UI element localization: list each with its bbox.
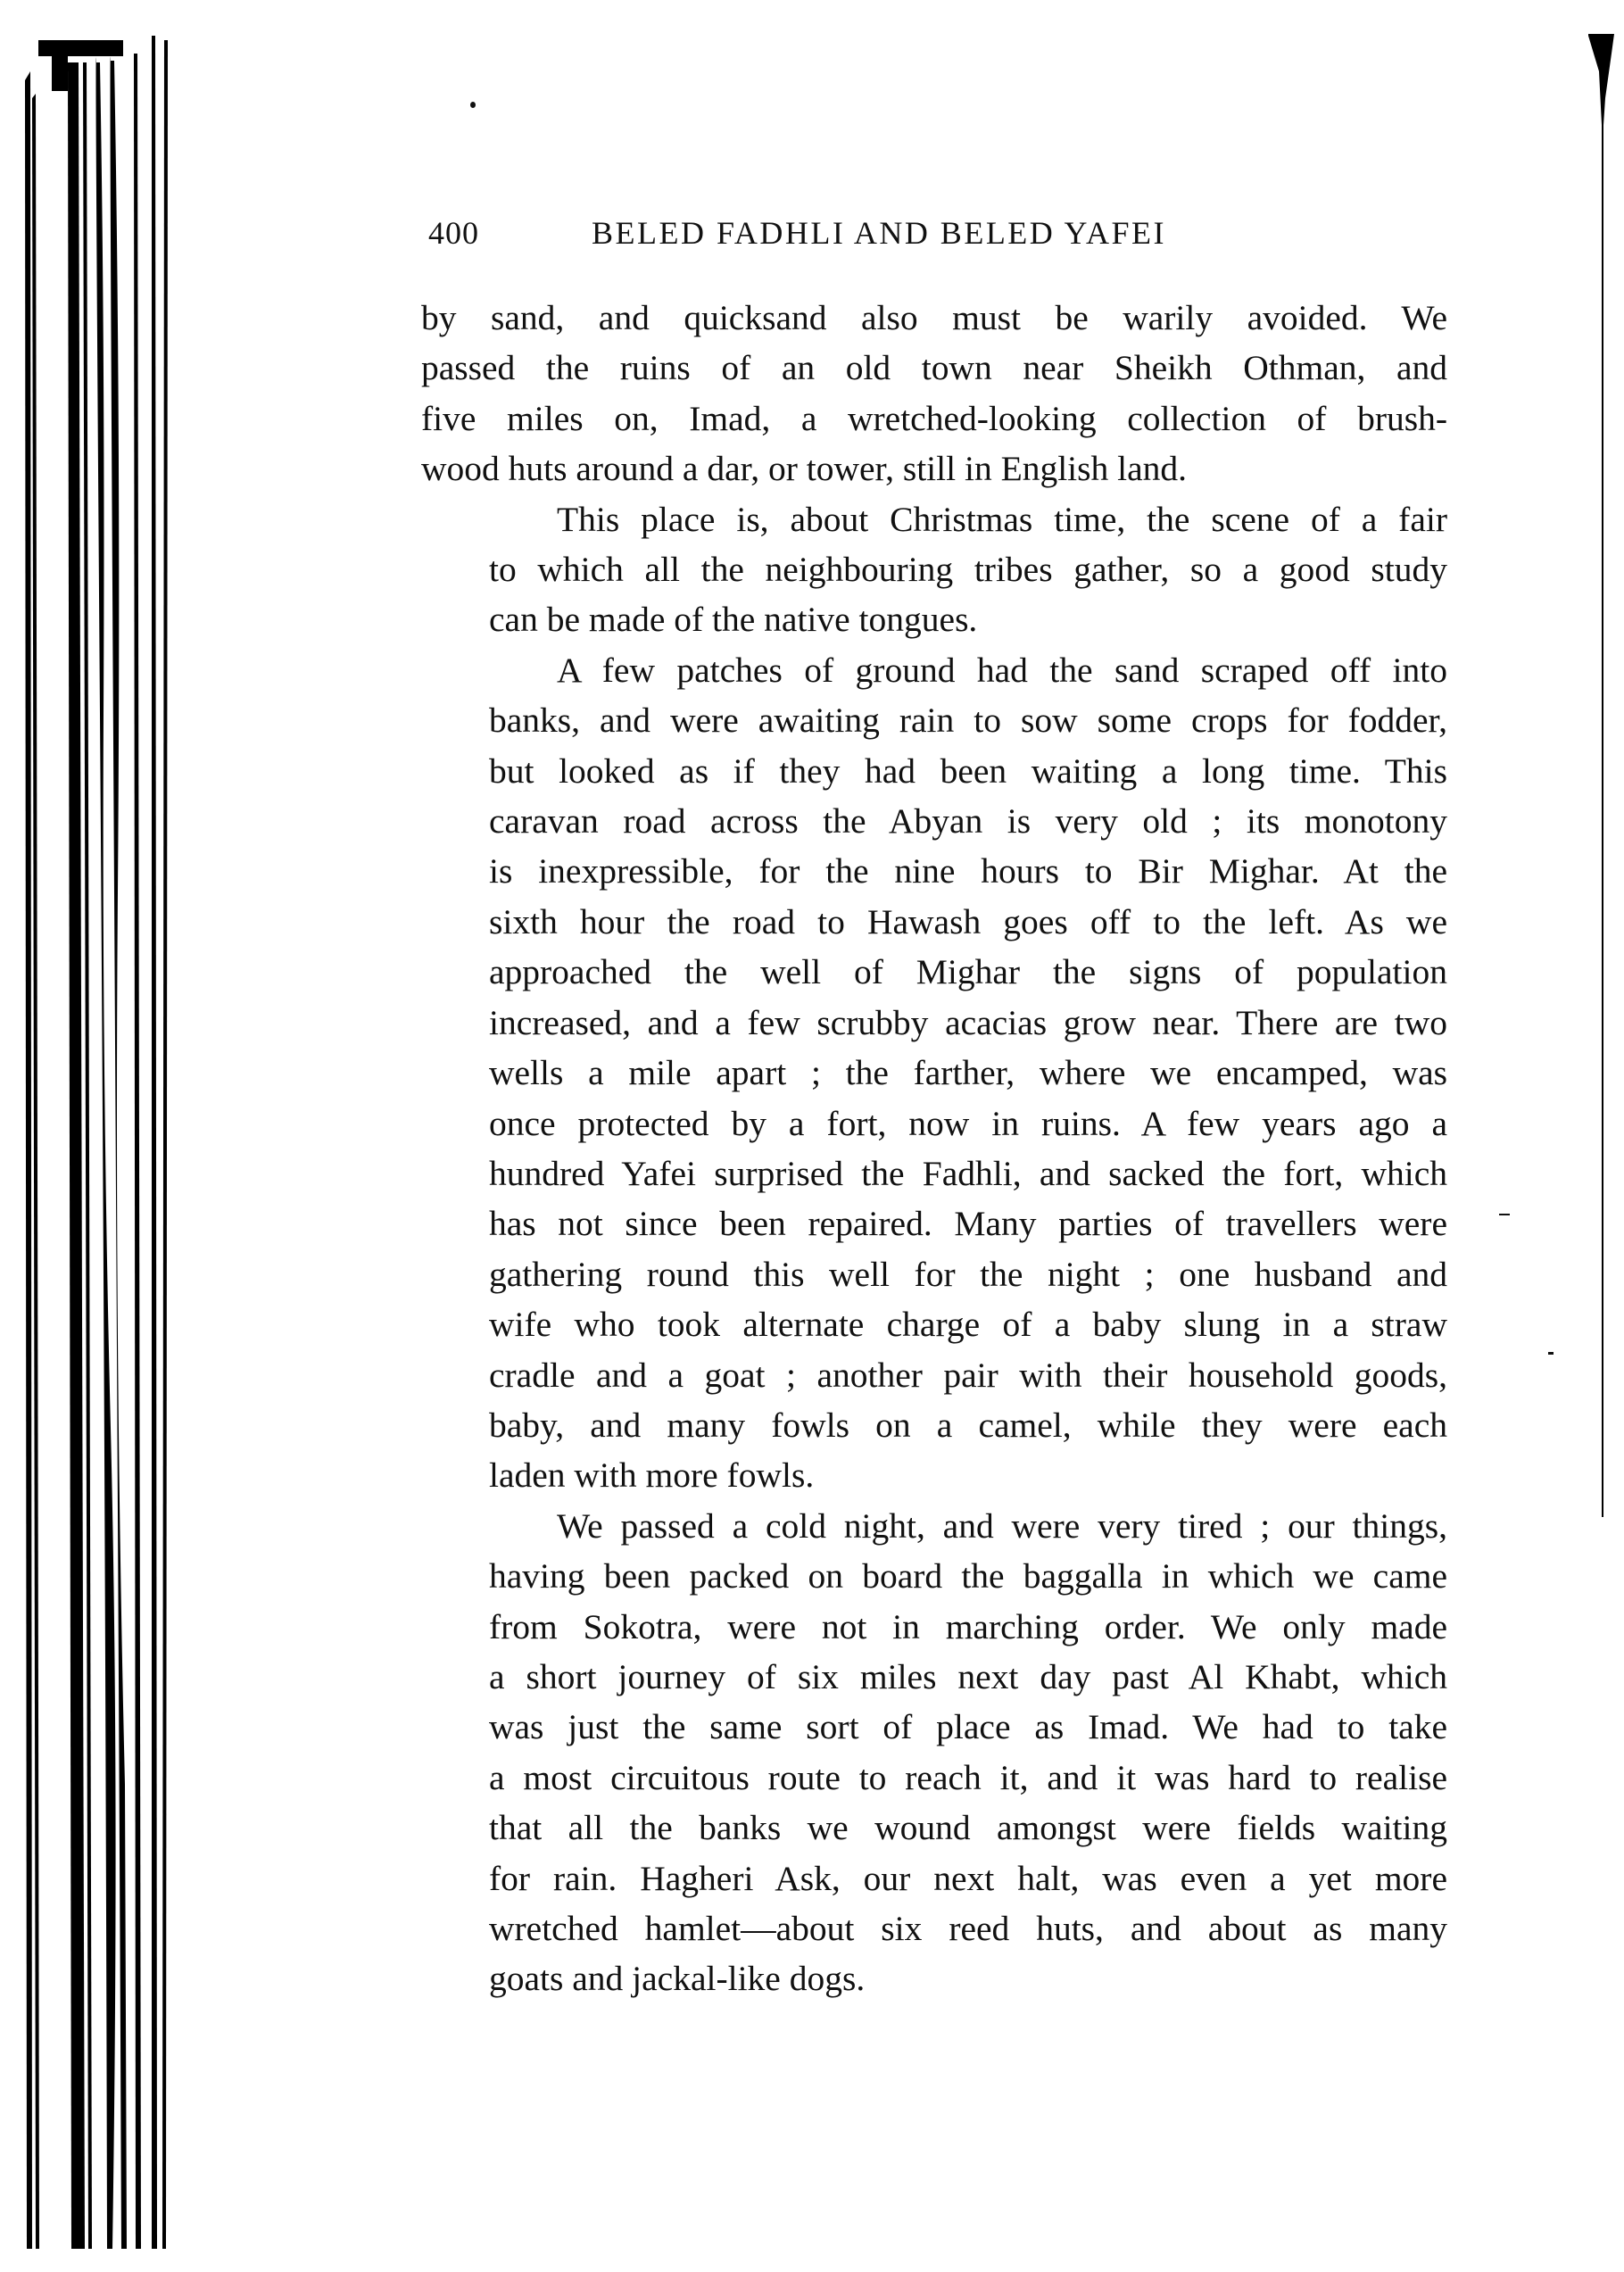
text-line: for rain. Hagheri Ask, our next halt, wa… bbox=[421, 1853, 1447, 1903]
running-head: 400 BELED FADHLI AND BELED YAFEI bbox=[428, 214, 1446, 259]
text-line: a most circuitous route to reach it, and… bbox=[421, 1753, 1447, 1803]
text-line: five miles on, Imad, a wretched-looking … bbox=[421, 394, 1447, 444]
text-line: baby, and many fowls on a camel, while t… bbox=[421, 1400, 1447, 1450]
scan-speck bbox=[470, 102, 476, 108]
text-line: cradle and a goat ; another pair with th… bbox=[421, 1350, 1447, 1400]
text-line: to which all the neighbouring tribes gat… bbox=[421, 544, 1447, 594]
paragraph: A few patches of ground had the sand scr… bbox=[421, 645, 1447, 1501]
text-line: goats and jackal-like dogs. bbox=[421, 1953, 1447, 2003]
text-line: can be made of the native tongues. bbox=[421, 594, 1447, 644]
scan-speck bbox=[1499, 1214, 1510, 1215]
text-line: caravan road across the Abyan is very ol… bbox=[421, 796, 1447, 846]
text-line: wife who took alternate charge of a baby… bbox=[421, 1299, 1447, 1349]
text-line: wood huts around a dar, or tower, still … bbox=[421, 444, 1447, 493]
text-line: wells a mile apart ; the farther, where … bbox=[421, 1048, 1447, 1098]
text-line: We passed a cold night, and were very ti… bbox=[421, 1501, 1447, 1551]
text-line: approached the well of Mighar the signs … bbox=[421, 947, 1447, 997]
paragraph: We passed a cold night, and were very ti… bbox=[421, 1501, 1447, 2004]
book-spine-edge bbox=[0, 0, 178, 2272]
text-line: a short journey of six miles next day pa… bbox=[421, 1652, 1447, 1702]
text-line: has not since been repaired. Many partie… bbox=[421, 1198, 1447, 1248]
text-line: passed the ruins of an old town near She… bbox=[421, 343, 1447, 393]
text-line: is inexpressible, for the nine hours to … bbox=[421, 846, 1447, 896]
scan-speck bbox=[1548, 1352, 1554, 1355]
text-line: increased, and a few scrubby acacias gro… bbox=[421, 998, 1447, 1048]
text-line: once protected by a fort, now in ruins. … bbox=[421, 1099, 1447, 1148]
text-line: This place is, about Christmas time, the… bbox=[421, 494, 1447, 544]
text-line: that all the banks we wound amongst were… bbox=[421, 1803, 1447, 1853]
paragraph: This place is, about Christmas time, the… bbox=[421, 494, 1447, 645]
text-line: banks, and were awaiting rain to sow som… bbox=[421, 695, 1447, 745]
text-line: by sand, and quicksand also must be wari… bbox=[421, 293, 1447, 343]
text-line: wretched hamlet—about six reed huts, and… bbox=[421, 1903, 1447, 1953]
text-line: gathering round this well for the night … bbox=[421, 1249, 1447, 1299]
text-line: but looked as if they had been waiting a… bbox=[421, 746, 1447, 796]
running-title: BELED FADHLI AND BELED YAFEI bbox=[592, 214, 1166, 252]
body-text: by sand, and quicksand also must be wari… bbox=[421, 293, 1447, 2004]
text-line: having been packed on board the baggalla… bbox=[421, 1551, 1447, 1601]
page-number: 400 bbox=[428, 214, 479, 252]
text-line: was just the same sort of place as Imad.… bbox=[421, 1702, 1447, 1752]
text-line: from Sokotra, were not in marching order… bbox=[421, 1602, 1447, 1652]
text-line: laden with more fowls. bbox=[421, 1450, 1447, 1500]
page-right-edge bbox=[1588, 0, 1624, 1606]
paragraph: by sand, and quicksand also must be wari… bbox=[421, 293, 1447, 494]
text-line: hundred Yafei surprised the Fadhli, and … bbox=[421, 1148, 1447, 1198]
text-line: sixth hour the road to Hawash goes off t… bbox=[421, 897, 1447, 947]
text-line: A few patches of ground had the sand scr… bbox=[421, 645, 1447, 695]
